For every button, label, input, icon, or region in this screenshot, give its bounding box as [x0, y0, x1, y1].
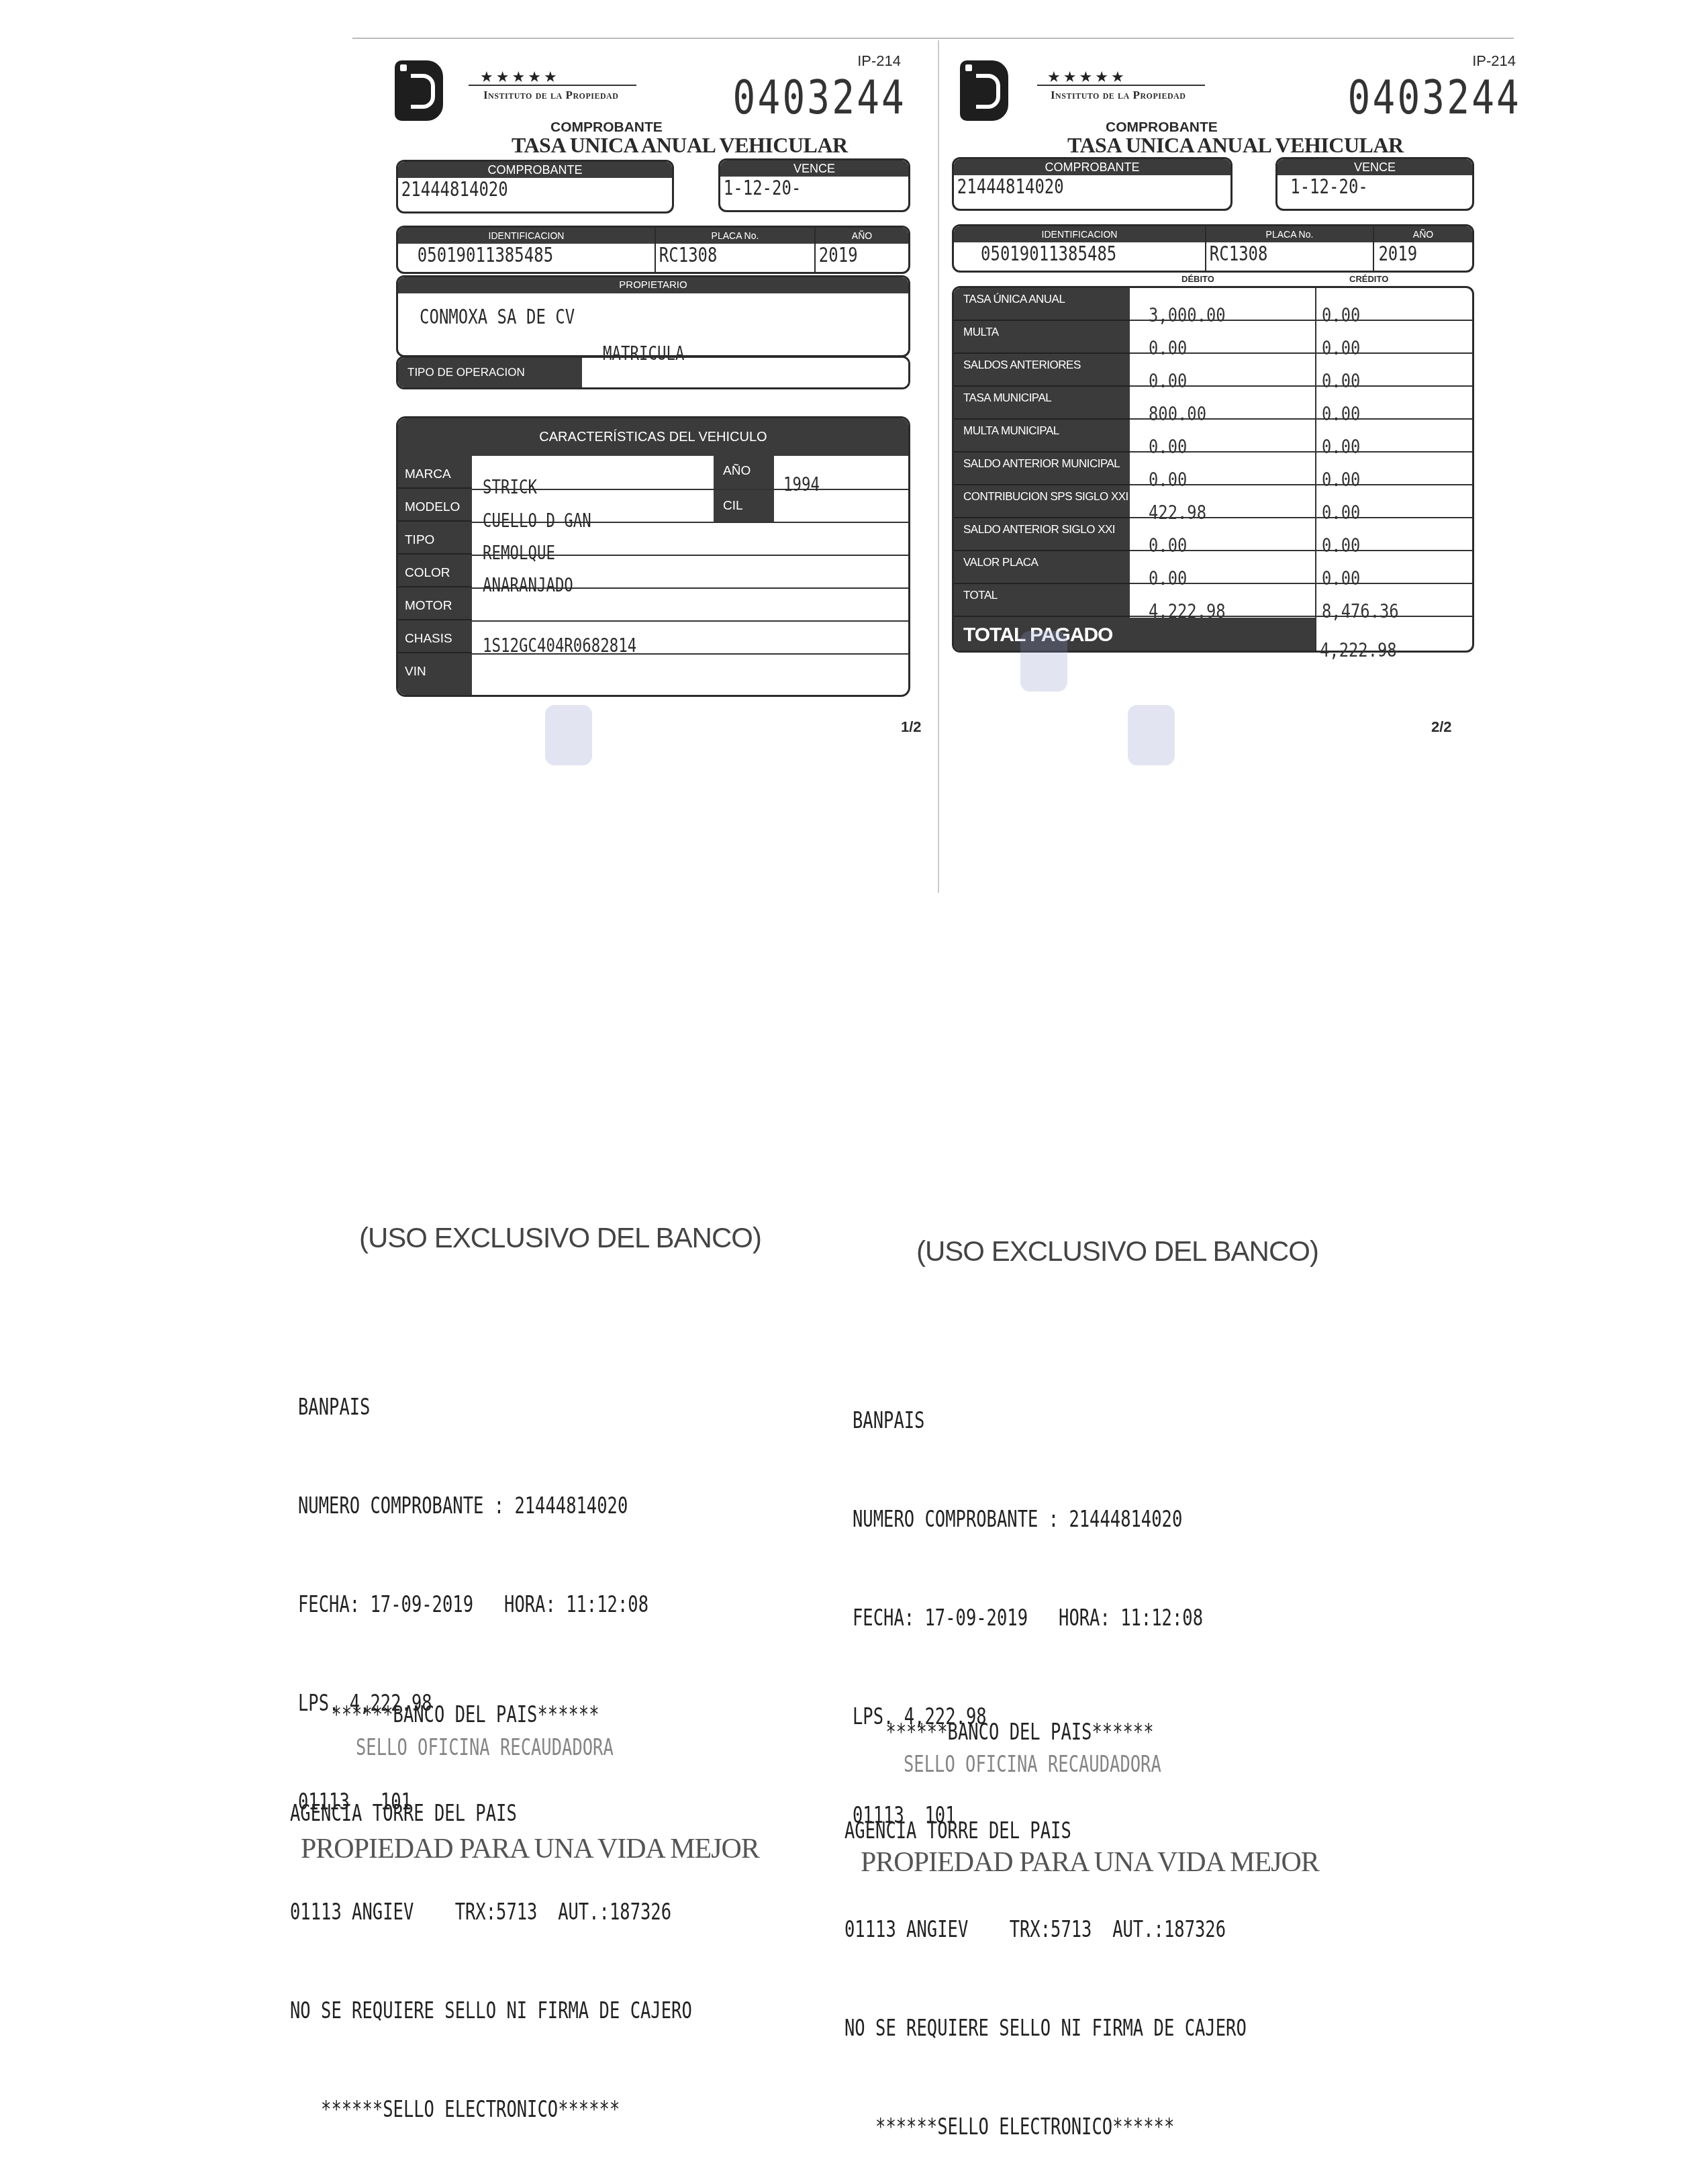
bank-stamp-lines: ******BANCO DEL PAIS****** AGENCIA TORRE…	[844, 1650, 1247, 2177]
overprint-text: SELLO OFICINA RECAUDADORA	[904, 1748, 1161, 1781]
debit-value: 0.00	[1149, 337, 1187, 359]
charge-label: VALOR PLACA	[954, 551, 1130, 584]
charge-label: TOTAL	[954, 584, 1130, 617]
charge-label: MULTA MUNICIPAL	[954, 420, 1130, 453]
page-number: 1/2	[901, 718, 922, 736]
agency-line: AGENCIA TORRE DEL PAIS	[290, 1797, 692, 1830]
charge-label: CONTRIBUCION SPS SIGLO XXI	[954, 485, 1130, 518]
comprobante-value: 21444814020	[954, 175, 1175, 199]
stamp-mark	[1020, 631, 1067, 692]
electronic-seal-line: ******SELLO ELECTRONICO******	[290, 2093, 692, 2126]
debit-value: 0.00	[1149, 469, 1187, 491]
identification-box: IDENTIFICACION05019011385485 PLACA No.RC…	[396, 226, 910, 274]
folio-number: 0403244	[733, 70, 906, 125]
institution-name: Instituto de la Propiedad	[483, 89, 618, 102]
charge-label: SALDOS ANTERIORES	[954, 354, 1130, 387]
debit-value: 0.00	[1149, 567, 1187, 589]
modelo-value: CUELLO D GAN	[483, 510, 591, 532]
stamp-mark	[1128, 705, 1175, 765]
vehicle-anio-value: 1994	[783, 473, 820, 495]
bank-banner: ******BANCO DEL PAIS******	[844, 1716, 1247, 1749]
form-code: IP-214	[1472, 52, 1516, 70]
comprobante-box: COMPROBANTE 21444814020	[396, 160, 674, 213]
credit-value: 0.00	[1322, 304, 1360, 326]
credit-value: 0.00	[1322, 469, 1360, 491]
placa-label: PLACA No.	[1206, 226, 1373, 242]
page-number: 2/2	[1431, 718, 1452, 736]
slogan: PROPIEDAD PARA UNA VIDA MEJOR	[301, 1833, 759, 1865]
bank-use-heading: (USO EXCLUSIVO DEL BANCO)	[916, 1235, 1318, 1268]
marca-value: STRICK	[483, 476, 537, 498]
doc-title: TASA UNICA ANUAL VEHICULAR	[512, 133, 848, 158]
debit-value: 800.00	[1149, 403, 1206, 425]
receipt-card-left: ★★★★★ Instituto de la Propiedad IP-214 0…	[356, 40, 906, 765]
slogan: PROPIEDAD PARA UNA VIDA MEJOR	[861, 1846, 1319, 1879]
credit-value: 0.00	[1322, 370, 1360, 392]
comprobante-value: 21444814020	[398, 178, 617, 201]
identificacion-label: IDENTIFICACION	[954, 226, 1205, 242]
debit-value: 422.98	[1149, 502, 1206, 524]
bank-banner: ******BANCO DEL PAIS******	[290, 1699, 692, 1731]
vence-label: VENCE	[1277, 159, 1472, 175]
ip-logo-icon	[960, 60, 1008, 121]
agency-line: AGENCIA TORRE DEL PAIS	[844, 1815, 1247, 1848]
charge-label: SALDO ANTERIOR MUNICIPAL	[954, 453, 1130, 485]
receipt-number-line: NUMERO COMPROBANTE : 21444814020	[298, 1490, 648, 1523]
anio-value: 2019	[816, 244, 889, 267]
vehicle-anio-label: AÑO	[714, 456, 774, 489]
form-code: IP-214	[857, 52, 901, 70]
receipt-number-line: NUMERO COMPROBANTE : 21444814020	[853, 1503, 1203, 1536]
credit-value: 0.00	[1322, 534, 1360, 557]
vin-label: VIN	[398, 653, 472, 686]
placa-value: RC1308	[656, 244, 783, 267]
charge-label: SALDO ANTERIOR SIGLO XXI	[954, 518, 1130, 551]
vehicle-box: CARACTERÍSTICAS DEL VEHICULO MARCA MODEL…	[396, 416, 910, 697]
modelo-label: MODELO	[398, 489, 472, 522]
charge-label: MULTA	[954, 321, 1130, 354]
tipo-value: REMOLQUE	[483, 542, 555, 564]
vence-box: VENCE 1-12-20-	[718, 158, 910, 212]
vin-value: 1S12GC404R0682814	[483, 634, 636, 657]
owner-label: PROPIETARIO	[398, 277, 908, 293]
anio-label: AÑO	[1374, 226, 1472, 242]
credit-value: 0.00	[1322, 337, 1360, 359]
vence-box: VENCE 1-12-20-	[1275, 157, 1474, 211]
bank-use-heading: (USO EXCLUSIVO DEL BANCO)	[359, 1222, 761, 1254]
page-divider	[938, 40, 939, 893]
overprint-text: SELLO OFICINA RECAUDADORA	[356, 1731, 614, 1764]
credit-value: 0.00	[1322, 436, 1360, 458]
operation-label: TIPO DE OPERACION	[398, 358, 582, 387]
receipt-card-right: ★★★★★ Instituto de la Propiedad IP-214 0…	[947, 40, 1497, 765]
divider	[469, 85, 636, 86]
stamp-mark	[545, 705, 592, 765]
color-label: COLOR	[398, 555, 472, 587]
operation-value: MATRICULA	[603, 342, 684, 365]
credit-value: 0.00	[1322, 567, 1360, 589]
comprobante-label: COMPROBANTE	[954, 159, 1230, 175]
bank-name: BANPAIS	[853, 1405, 1203, 1437]
identificacion-value: 05019011385485	[398, 244, 603, 267]
vehicle-title: CARACTERÍSTICAS DEL VEHICULO	[398, 418, 908, 456]
cil-label: CIL	[714, 489, 774, 522]
placa-value: RC1308	[1206, 242, 1339, 266]
debit-header: DÉBITO	[1181, 274, 1214, 284]
date-time-line: FECHA: 17-09-2019 HORA: 11:12:08	[853, 1602, 1203, 1635]
tipo-label: TIPO	[398, 522, 472, 555]
color-value: ANARANJADO	[483, 574, 573, 596]
placa-label: PLACA No.	[656, 228, 814, 244]
credit-value: 0.00	[1322, 403, 1360, 425]
notice-line: NO SE REQUIERE SELLO NI FIRMA DE CAJERO	[290, 1995, 692, 2028]
credit-value: 0.00	[1322, 502, 1360, 524]
institution-name: Instituto de la Propiedad	[1051, 89, 1186, 102]
total-paid-value: 4,222.98	[1320, 639, 1397, 661]
anio-label: AÑO	[816, 228, 908, 244]
top-rule	[352, 38, 1514, 39]
date-time-line: FECHA: 17-09-2019 HORA: 11:12:08	[298, 1588, 648, 1621]
charges-table: TASA ÚNICA ANUALMULTASALDOS ANTERIORESTA…	[952, 286, 1474, 653]
vence-value: 1-12-20-	[720, 177, 871, 200]
bank-name: BANPAIS	[298, 1391, 648, 1424]
charge-label: TASA MUNICIPAL	[954, 387, 1130, 420]
owner-value: CONMOXA SA DE CV	[398, 293, 806, 329]
credit-header: CRÉDITO	[1349, 274, 1388, 284]
stars-icon: ★★★★★	[480, 68, 560, 86]
chasis-label: CHASIS	[398, 620, 472, 653]
total-paid-label: TOTAL PAGADO	[954, 618, 1315, 651]
charge-label: TASA ÚNICA ANUAL	[954, 288, 1130, 321]
transaction-line: 01113 ANGIEV TRX:5713 AUT.:187326	[844, 1913, 1247, 1946]
notice-line: NO SE REQUIERE SELLO NI FIRMA DE CAJERO	[844, 2012, 1247, 2045]
comprobante-label: COMPROBANTE	[398, 162, 672, 178]
identification-box: IDENTIFICACION05019011385485 PLACA No.RC…	[952, 224, 1474, 273]
vence-label: VENCE	[720, 160, 908, 177]
ip-logo-icon	[395, 60, 443, 121]
vence-value: 1-12-20-	[1277, 175, 1433, 199]
debit-value: 0.00	[1149, 534, 1187, 557]
motor-label: MOTOR	[398, 587, 472, 620]
debit-value: 3,000.00	[1149, 304, 1226, 326]
anio-value: 2019	[1374, 242, 1453, 266]
folio-number: 0403244	[1348, 70, 1521, 125]
debit-value: 0.00	[1149, 370, 1187, 392]
marca-label: MARCA	[398, 456, 472, 489]
divider	[1037, 85, 1205, 86]
transaction-line: 01113 ANGIEV TRX:5713 AUT.:187326	[290, 1896, 692, 1929]
bank-stamp-lines: ******BANCO DEL PAIS****** AGENCIA TORRE…	[290, 1633, 692, 2159]
identificacion-label: IDENTIFICACION	[398, 228, 655, 244]
electronic-seal-line: ******SELLO ELECTRONICO******	[844, 2111, 1247, 2144]
debit-value: 0.00	[1149, 436, 1187, 458]
identificacion-value: 05019011385485	[954, 242, 1155, 266]
credit-value: 8,476.36	[1322, 600, 1399, 622]
comprobante-box: COMPROBANTE 21444814020	[952, 157, 1233, 211]
stars-icon: ★★★★★	[1047, 68, 1127, 86]
doc-title: TASA UNICA ANUAL VEHICULAR	[1067, 133, 1404, 158]
